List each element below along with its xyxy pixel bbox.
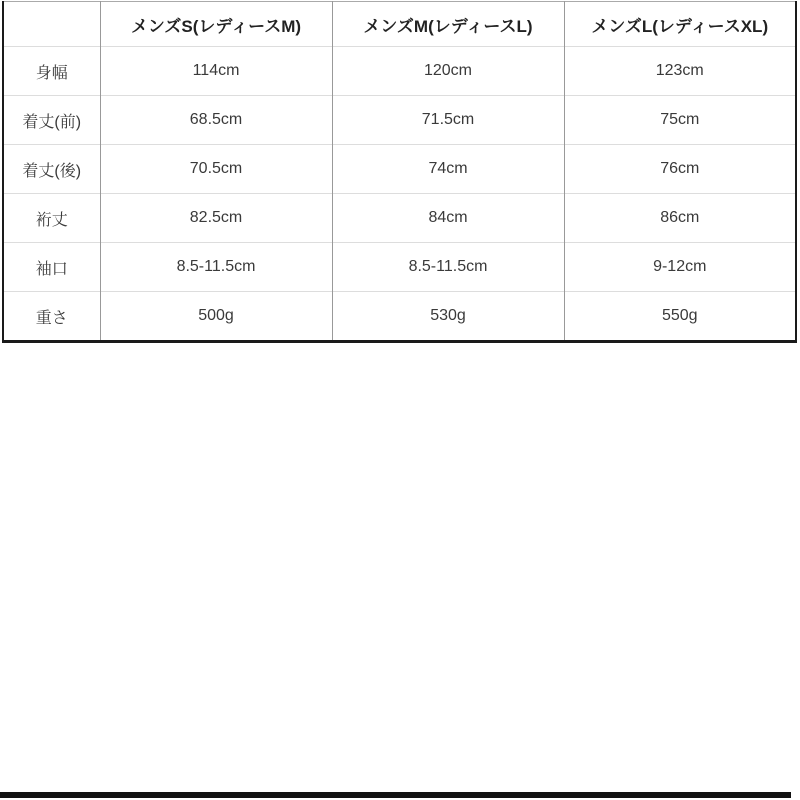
row-label: 着丈(前) — [3, 96, 100, 145]
table-row-sleeve-length: 裄丈 82.5cm 84cm 86cm — [3, 194, 796, 243]
cell-value: 74cm — [332, 145, 564, 194]
header-cell-mens-l: メンズL(レディースXL) — [564, 2, 796, 47]
size-chart-table: メンズS(レディースM) メンズM(レディースL) メンズL(レディースXL) … — [2, 1, 797, 343]
cell-value: 71.5cm — [332, 96, 564, 145]
table-row-weight: 重さ 500g 530g 550g — [3, 292, 796, 342]
cell-value: 82.5cm — [100, 194, 332, 243]
cell-value: 500g — [100, 292, 332, 342]
table-row-length-front: 着丈(前) 68.5cm 71.5cm 75cm — [3, 96, 796, 145]
row-label: 着丈(後) — [3, 145, 100, 194]
cell-value: 123cm — [564, 47, 796, 96]
header-cell-mens-s: メンズS(レディースM) — [100, 2, 332, 47]
header-row: メンズS(レディースM) メンズM(レディースL) メンズL(レディースXL) — [3, 2, 796, 47]
cell-value: 68.5cm — [100, 96, 332, 145]
cell-value: 8.5-11.5cm — [100, 243, 332, 292]
header-cell-mens-m: メンズM(レディースL) — [332, 2, 564, 47]
cell-value: 84cm — [332, 194, 564, 243]
table-row-cuff: 袖口 8.5-11.5cm 8.5-11.5cm 9-12cm — [3, 243, 796, 292]
cell-value: 120cm — [332, 47, 564, 96]
cell-value: 86cm — [564, 194, 796, 243]
row-label: 重さ — [3, 292, 100, 342]
cell-value: 9-12cm — [564, 243, 796, 292]
cell-value: 530g — [332, 292, 564, 342]
cell-value: 8.5-11.5cm — [332, 243, 564, 292]
row-label: 裄丈 — [3, 194, 100, 243]
cell-value: 114cm — [100, 47, 332, 96]
cell-value: 550g — [564, 292, 796, 342]
page-canvas: メンズS(レディースM) メンズM(レディースL) メンズL(レディースXL) … — [0, 0, 800, 800]
corner-cell — [3, 2, 100, 47]
table-row-length-back: 着丈(後) 70.5cm 74cm 76cm — [3, 145, 796, 194]
cell-value: 76cm — [564, 145, 796, 194]
cell-value: 70.5cm — [100, 145, 332, 194]
bottom-black-bar — [0, 792, 791, 798]
row-label: 袖口 — [3, 243, 100, 292]
cell-value: 75cm — [564, 96, 796, 145]
row-label: 身幅 — [3, 47, 100, 96]
table-row-body-width: 身幅 114cm 120cm 123cm — [3, 47, 796, 96]
